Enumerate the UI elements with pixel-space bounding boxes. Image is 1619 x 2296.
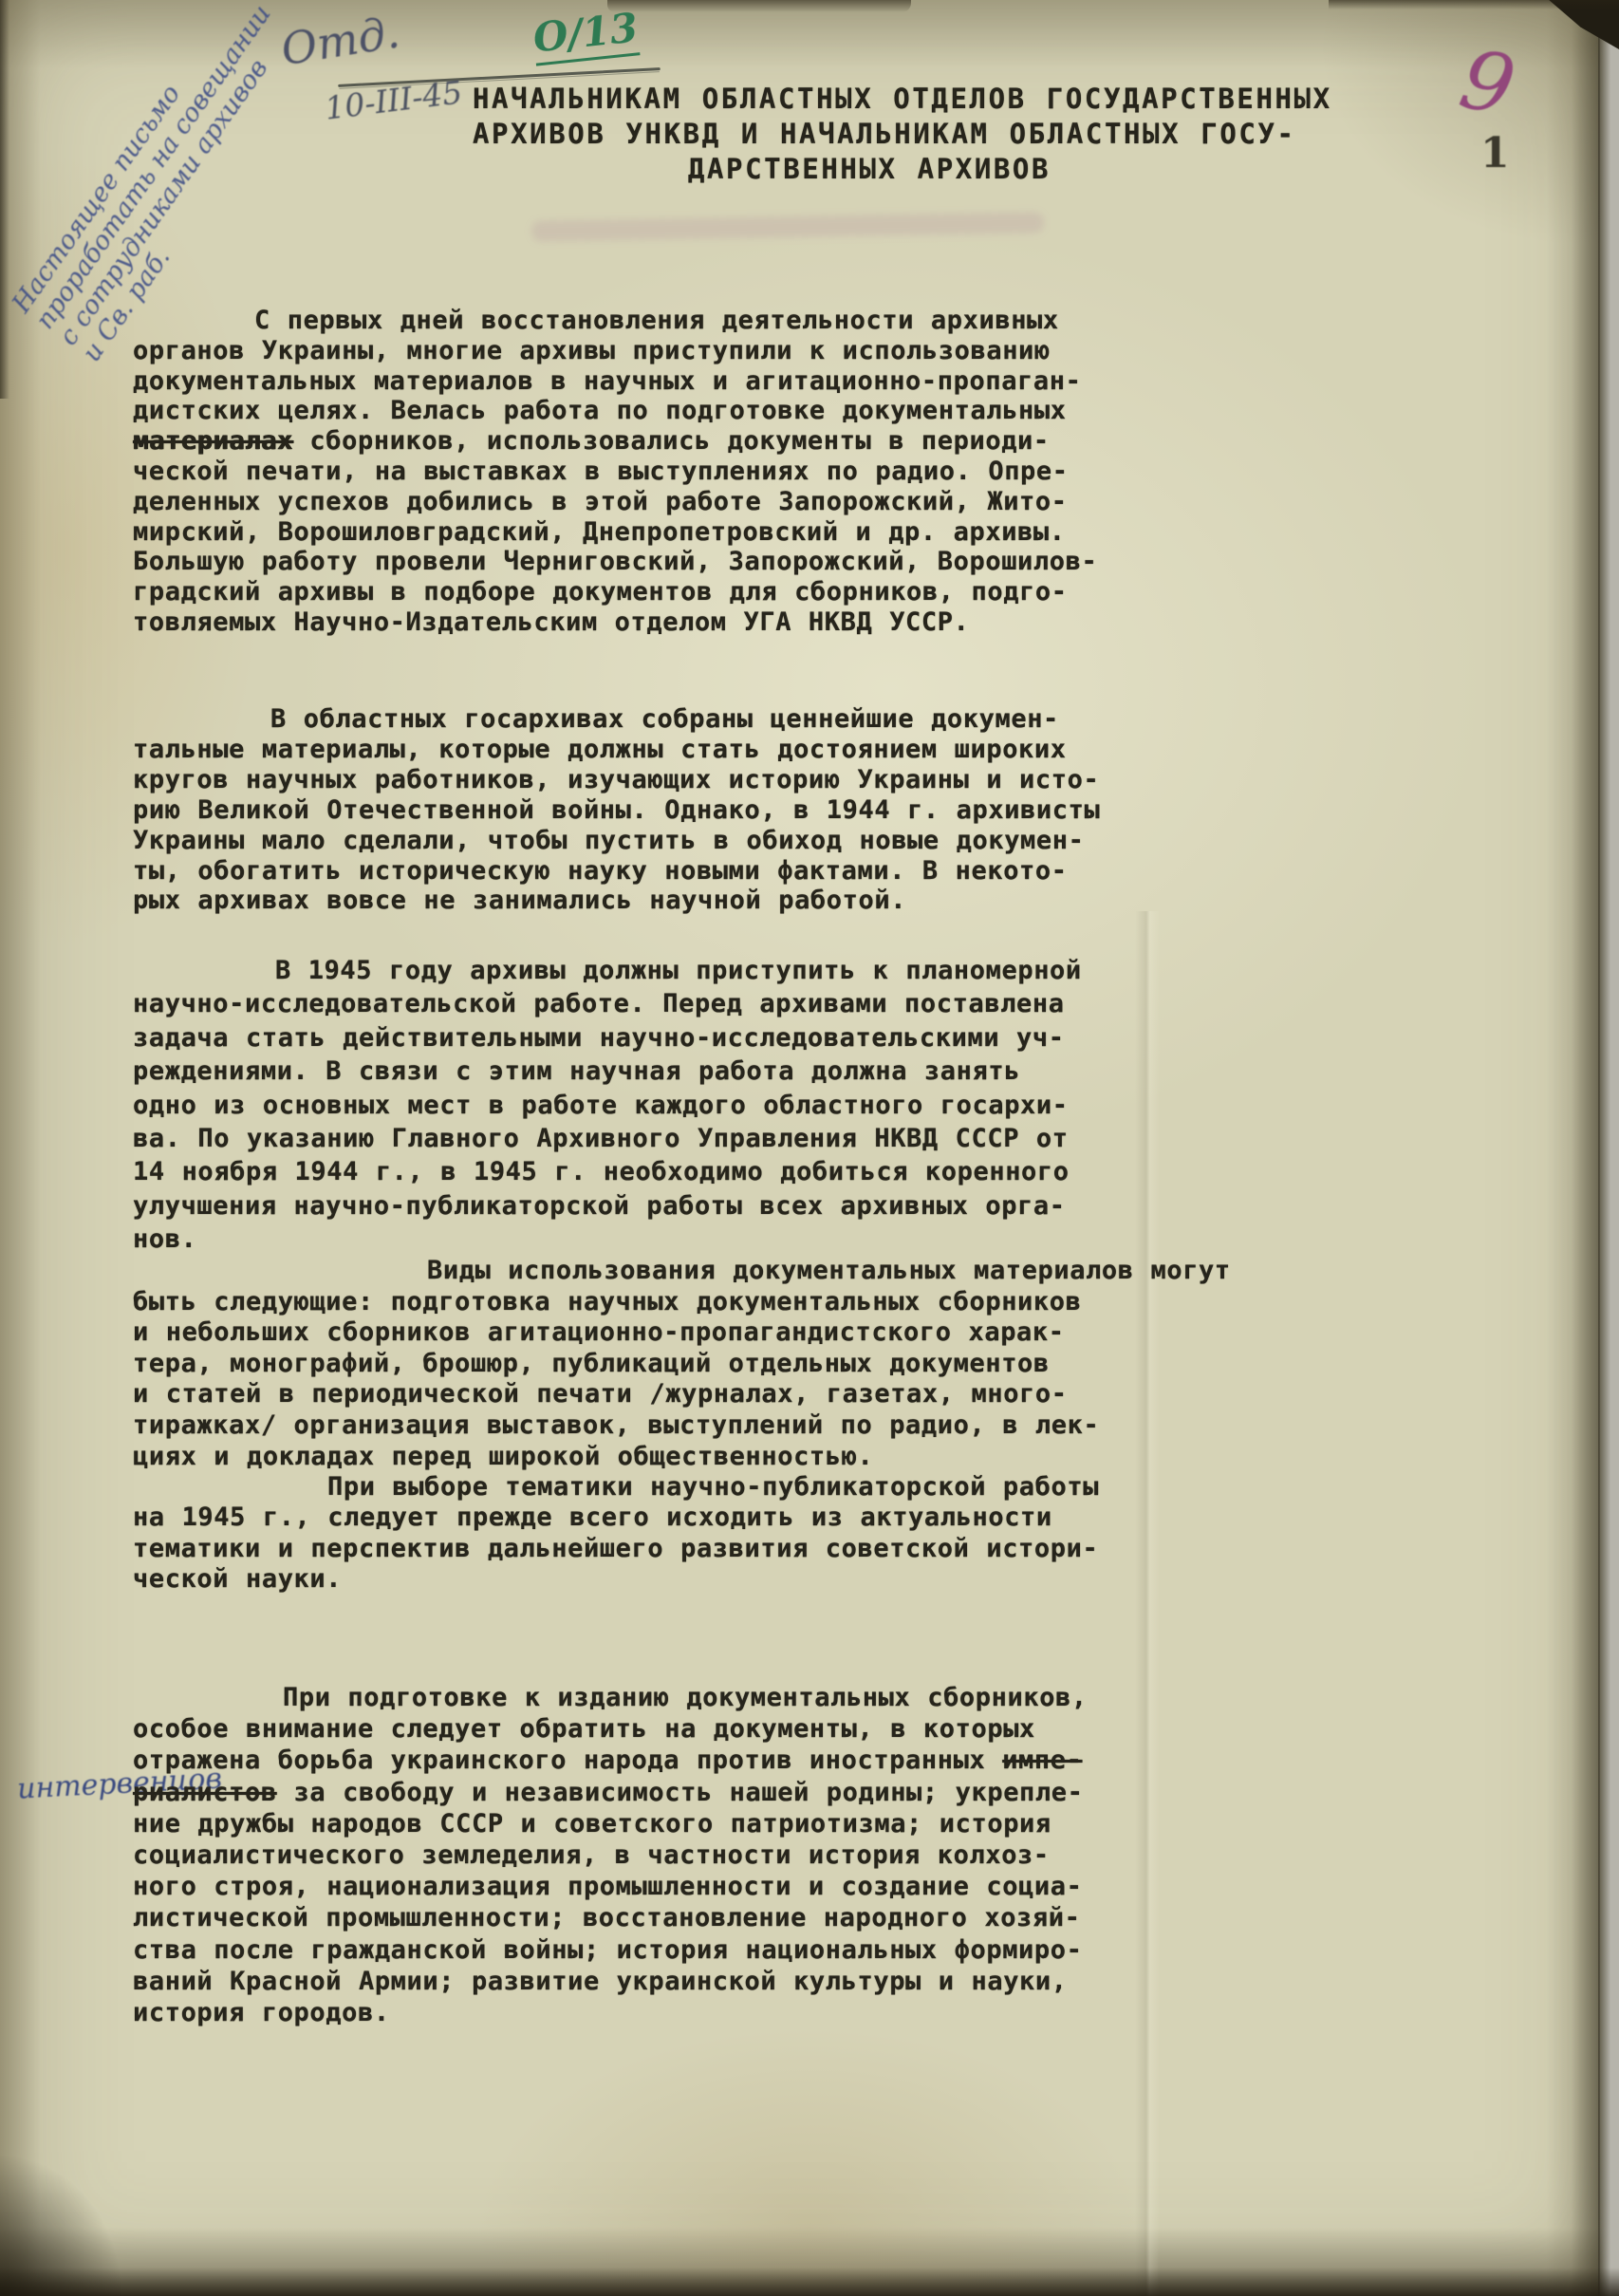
text-line: листической промышленности; восстановлен… [133, 1902, 1088, 1933]
struck-word: материалах [133, 426, 293, 456]
paragraph-3: В 1945 году архивы должны приступить к п… [133, 954, 1082, 1257]
text-segment: отражена борьба украинского народа проти… [133, 1745, 1002, 1775]
scan-edge-bottom [0, 2268, 1619, 2296]
text-line: ты, обогатить историческую науку новыми … [133, 856, 1100, 887]
text-line: Большую работу провели Черниговский, Зап… [133, 547, 1097, 577]
text-line: научно-исследовательской работе. Перед а… [133, 987, 1082, 1020]
text-line: задача стать действительными научно-иссл… [133, 1021, 1082, 1055]
text-line: При подготовке к изданию документальных … [133, 1682, 1088, 1713]
text-line: и статей в периодической печати /журнала… [133, 1379, 1231, 1410]
scan-edge-left [0, 0, 9, 399]
text-line: циях и докладах перед широкой общественн… [133, 1442, 1231, 1473]
text-line: ние дружбы народов СССР и советского пат… [133, 1808, 1088, 1839]
document-header: НАЧАЛЬНИКАМ ОБЛАСТНЫХ ОТДЕЛОВ ГОСУДАРСТВ… [473, 82, 1342, 187]
text-line: органов Украины, многие архивы приступил… [133, 336, 1097, 366]
text-line: реждениями. В связи с этим научная работ… [133, 1055, 1082, 1088]
stamp-mark: 1 [1480, 129, 1510, 177]
struck-word: импе- [1002, 1745, 1082, 1775]
text-line: При выборе тематики научно-публикаторско… [133, 1472, 1099, 1503]
text-line: документальных материалов в научных и аг… [133, 366, 1097, 397]
handwritten-date: 10-III-45 [323, 73, 464, 126]
text-line: нов. [133, 1223, 1082, 1256]
text-line: быть следующие: подготовка научных докум… [133, 1287, 1231, 1318]
text-line: социалистического земледелия, в частност… [133, 1839, 1088, 1871]
paragraph-2: В областных госархивах собраны ценнейшие… [133, 704, 1100, 916]
text-line: история городов. [133, 1997, 1088, 2028]
handwritten-page-number: 9 [1452, 31, 1522, 135]
text-line: и небольших сборников агитационно-пропаг… [133, 1317, 1231, 1349]
text-line: В областных госархивах собраны ценнейшие… [133, 704, 1100, 735]
text-line: Виды использования документальных матери… [133, 1256, 1231, 1287]
text-line: товляемых Научно-Издательским отделом УГ… [133, 607, 1097, 638]
paragraph-6: При подготовке к изданию документальных … [133, 1682, 1088, 2028]
text-line: риалистов за свободу и независимость наш… [133, 1777, 1088, 1808]
struck-word: риалистов [133, 1778, 277, 1807]
paragraph-5: При выборе тематики научно-публикаторско… [133, 1472, 1099, 1596]
text-line: ваний Красной Армии; развитие украинской… [133, 1966, 1088, 1997]
paper-tear-top [607, 0, 911, 12]
text-line: дистских целях. Велась работа по подгото… [133, 396, 1097, 426]
text-line: тальные материалы, которые должны стать … [133, 735, 1100, 765]
text-line: 14 ноября 1944 г., в 1945 г. необходимо … [133, 1155, 1082, 1188]
text-line: градский архивы в подборе документов для… [133, 577, 1097, 607]
text-line: рых архивах вовсе не занимались научной … [133, 886, 1100, 916]
scan-backdrop-right [1598, 0, 1619, 2296]
paper-crease [1135, 911, 1160, 2296]
document-page: Настоящее письмо проработать на совещани… [0, 0, 1619, 2296]
text-line: ческой науки. [133, 1564, 1099, 1595]
paper-edge-shadow [1572, 0, 1600, 2296]
text-segment: сборников, использовались документы в пе… [293, 426, 1050, 456]
text-line: одно из основных мест в работе каждого о… [133, 1089, 1082, 1122]
text-line: улучшения научно-публикаторской работы в… [133, 1189, 1082, 1223]
text-line: мирский, Ворошиловградский, Днепропетров… [133, 517, 1097, 548]
paragraph-1: С первых дней восстановления деятельност… [133, 306, 1097, 638]
text-line: В 1945 году архивы должны приступить к п… [133, 954, 1082, 987]
text-line: Украины мало сделали, чтобы пустить в об… [133, 826, 1100, 856]
paragraph-4: Виды использования документальных матери… [133, 1256, 1231, 1472]
text-line: материалах сборников, использовались док… [133, 426, 1097, 457]
text-line: на 1945 г., следует прежде всего исходит… [133, 1503, 1099, 1533]
text-line: кругов научных работников, изучающих ист… [133, 765, 1100, 795]
text-line: ческой печати, на выставках в выступлени… [133, 457, 1097, 487]
header-line: ДАРСТВЕННЫХ АРХИВОВ [473, 152, 1342, 187]
text-line: ного строя, национализация промышленност… [133, 1871, 1088, 1902]
header-line: АРХИВОВ УНКВД И НАЧАЛЬНИКАМ ОБЛАСТНЫХ ГО… [473, 117, 1342, 152]
text-line: тиражках/ организация выставок, выступле… [133, 1410, 1231, 1442]
text-line: С первых дней восстановления деятельност… [133, 306, 1097, 336]
text-segment: за свободу и независимость нашей родины;… [277, 1778, 1084, 1807]
text-line: деленных успехов добились в этой работе … [133, 487, 1097, 517]
text-line: тера, монографий, брошюр, публикаций отд… [133, 1349, 1231, 1380]
handwritten-file-number: О/13 [530, 4, 640, 65]
faint-stamp-mark [531, 212, 1044, 241]
text-line: отражена борьба украинского народа проти… [133, 1745, 1088, 1776]
text-line: особое внимание следует обратить на доку… [133, 1713, 1088, 1745]
scan-corner-bottom-left [0, 2154, 123, 2296]
header-line: НАЧАЛЬНИКАМ ОБЛАСТНЫХ ОТДЕЛОВ ГОСУДАРСТВ… [473, 82, 1342, 117]
paper-tear-top-right [1329, 0, 1619, 9]
text-line: рию Великой Отечественной войны. Однако,… [133, 795, 1100, 826]
text-line: ва. По указанию Главного Архивного Управ… [133, 1122, 1082, 1155]
text-line: тематики и перспектив дальнейшего развит… [133, 1534, 1099, 1564]
text-line: ства после гражданской войны; история на… [133, 1934, 1088, 1966]
